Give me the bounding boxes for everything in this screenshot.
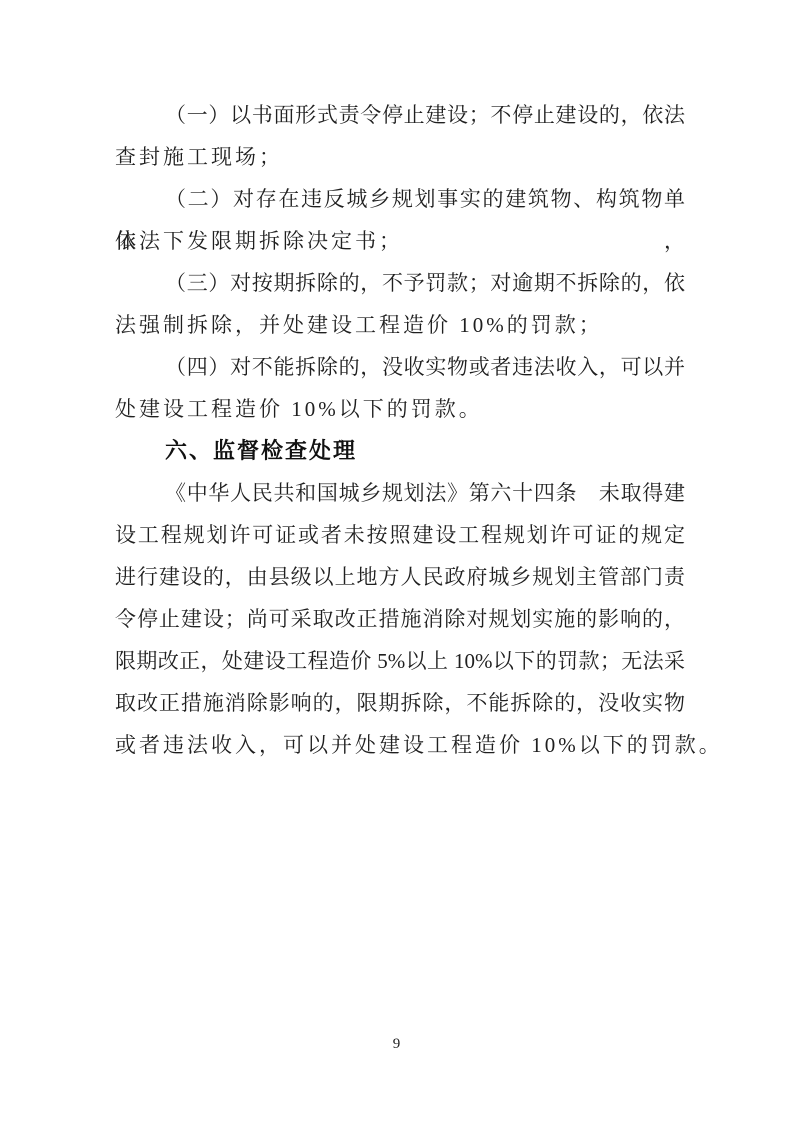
document-body: （一）以书面形式责令停止建设；不停止建设的，依法 查封施工现场； （二）对存在违… [115,94,685,766]
body-line: 令停止建设；尚可采取改正措施消除对规划实施的影响的， [115,598,685,640]
body-line: 进行建设的，由县级以上地方人民政府城乡规划主管部门责 [115,556,685,598]
body-line: （三）对按期拆除的，不予罚款；对逾期不拆除的，依 [115,262,685,304]
section-heading: 六、监督检查处理 [115,430,685,472]
document-page: （一）以书面形式责令停止建设；不停止建设的，依法 查封施工现场； （二）对存在违… [0,0,793,1122]
page-number: 9 [0,1036,793,1053]
body-line: 或者违法收入，可以并处建设工程造价 10%以下的罚款。 [115,724,685,766]
body-line: 处建设工程造价 10%以下的罚款。 [115,388,685,430]
body-line: （二）对存在违反城乡规划事实的建筑物、构筑物单体， [115,178,685,220]
body-line: 设工程规划许可证或者未按照建设工程规划许可证的规定 [115,514,685,556]
body-line: （一）以书面形式责令停止建设；不停止建设的，依法 [115,94,685,136]
body-line: 查封施工现场； [115,136,685,178]
body-line: （四）对不能拆除的，没收实物或者违法收入，可以并 [115,346,685,388]
body-line: 法强制拆除，并处建设工程造价 10%的罚款； [115,304,685,346]
body-line: 限期改正，处建设工程造价 5%以上 10%以下的罚款；无法采 [115,640,685,682]
body-line: 《中华人民共和国城乡规划法》第六十四条 未取得建 [115,472,685,514]
body-line: 取改正措施消除影响的，限期拆除，不能拆除的，没收实物 [115,682,685,724]
